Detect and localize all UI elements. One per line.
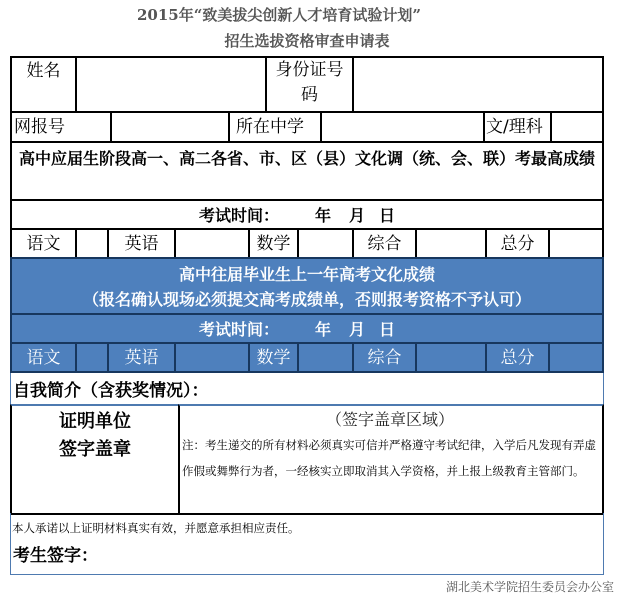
score-label: 语文 [27,347,61,369]
previous-comprehensive-field[interactable] [415,342,487,373]
current-comprehensive-field[interactable] [415,228,487,259]
previous-exam-time-row: 考试时间： 年 月 日 [10,313,604,344]
score-label: 数学 [257,233,291,255]
score-label: 总分 [501,347,535,369]
exam-time-label: 考试时间： [199,317,279,340]
previous-total-field[interactable] [548,342,604,373]
id-label: 身份证号码 [276,60,344,105]
score-label: 语文 [27,233,61,255]
current-english-field[interactable] [174,228,250,259]
id-field[interactable] [352,56,604,113]
title-text-2: 招生选拔资格审查申请表 [224,32,389,50]
previous-total-label: 总分 [485,342,550,373]
previous-chinese-field[interactable] [75,342,109,373]
previous-heading-line-2: （报名确认现场必须提交高考成绩单，否则报考资格不予认可） [12,287,602,312]
track-field[interactable] [550,111,604,143]
signature-label[interactable]: 考生签字： [11,544,603,568]
stamp-area-label: （签字盖章区域） [182,408,598,432]
footer-office: 湖北美术学院招生委员会办公室 [446,578,614,595]
score-label: 综合 [368,233,402,255]
current-english-label: 英语 [107,228,176,259]
certification-label-cell: 证明单位 签字盖章 [10,404,180,515]
previous-chinese-label: 语文 [10,342,77,373]
previous-comprehensive-label: 综合 [352,342,417,373]
school-label: 所在中学 [236,116,304,138]
certification-label-line-2: 签字盖章 [12,436,178,464]
commitment-text: 本人承诺以上证明材料真实有效，并愿意承担相应责任。 [11,520,603,536]
previous-heading-line-1: 高中往届毕业生上一年高考文化成绩 [12,262,602,287]
self-intro-row[interactable]: 自我简介（含获奖情况）： [10,373,604,405]
year-label: 年 [315,203,331,226]
web-reg-field[interactable] [110,111,230,143]
year-label: 年 [315,317,331,340]
current-total-field[interactable] [548,228,604,259]
current-math-label: 数学 [248,228,299,259]
previous-english-label: 英语 [107,342,176,373]
score-label: 综合 [368,347,402,369]
exam-time-label: 考试时间： [199,203,279,226]
current-chinese-field[interactable] [75,228,109,259]
title-line-1: 2015年“致美拔尖创新人才培育试验计划” [0,4,618,25]
current-chinese-label: 语文 [10,228,77,259]
score-label: 英语 [125,347,159,369]
previous-graduates-heading: 高中往届毕业生上一年高考文化成绩 （报名确认现场必须提交高考成绩单，否则报考资格… [10,257,604,315]
web-reg-label-cell: 网报号 [10,111,112,143]
certification-note: 注：考生递交的所有材料必须真实可信并严格遵守考试纪律，入学后凡发现有弄虚作假或舞… [182,432,598,484]
previous-math-label: 数学 [248,342,299,373]
self-intro-label: 自我简介（含获奖情况）： [13,376,209,401]
current-exam-time-row: 考试时间： 年 月 日 [10,199,604,230]
day-label: 日 [379,203,395,226]
month-label: 月 [349,317,365,340]
month-label: 月 [349,203,365,226]
school-field[interactable] [320,111,485,143]
current-comprehensive-label: 综合 [352,228,417,259]
name-label-cell: 姓名 [10,56,77,113]
previous-english-field[interactable] [174,342,250,373]
title-text-1: 2015年“致美拔尖创新人才培育试验计划” [137,6,421,24]
web-reg-label: 网报号 [14,116,65,138]
id-label-cell: 身份证号码 [265,56,354,113]
current-students-heading: 高中应届生阶段高一、高二各省、市、区（县）文化调（统、会、联）考最高成绩 [10,141,604,201]
school-label-cell: 所在中学 [228,111,322,143]
name-field[interactable] [75,56,267,113]
current-total-label: 总分 [485,228,550,259]
track-label: 文/理科 [486,116,543,138]
signature-stamp-area[interactable]: （签字盖章区域） 注：考生递交的所有材料必须真实可信并严格遵守考试纪律，入学后凡… [178,404,604,515]
certification-label-line-1: 证明单位 [12,408,178,436]
commitment-section: 本人承诺以上证明材料真实有效，并愿意承担相应责任。 考生签字： [10,513,604,575]
title-line-2: 招生选拔资格审查申请表 [0,30,618,51]
current-math-field[interactable] [297,228,354,259]
previous-math-field[interactable] [297,342,354,373]
current-students-heading-text: 高中应届生阶段高一、高二各省、市、区（县）文化调（统、会、联）考最高成绩 [19,149,595,168]
track-label-cell: 文/理科 [483,111,552,143]
name-label: 姓名 [27,60,61,111]
score-label: 英语 [125,233,159,255]
score-label: 总分 [501,233,535,255]
score-label: 数学 [257,347,291,369]
day-label: 日 [379,317,395,340]
